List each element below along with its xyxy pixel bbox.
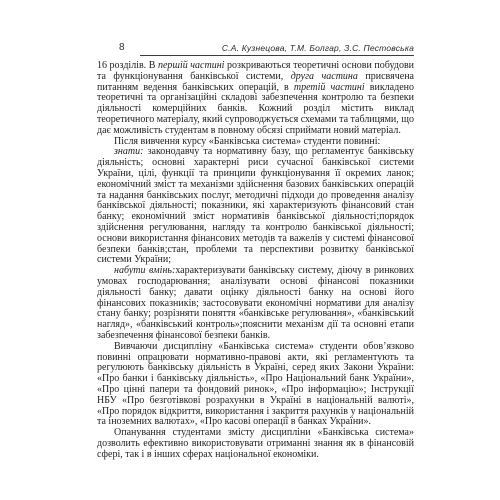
emphasized-text: третій частині	[294, 82, 365, 93]
text-segment: законодавчу та нормативну базу, що регла…	[97, 146, 414, 265]
running-head-authors: С.А. Кузнецова, Т.М. Болгар, З.С. Пестов…	[222, 43, 414, 53]
paragraph: Опанування студентами змісту дисципліни …	[97, 428, 414, 460]
page-header: 8 С.А. Кузнецова, Т.М. Болгар, З.С. Пест…	[97, 40, 414, 55]
page-number: 8	[119, 42, 125, 53]
book-page: 8 С.А. Кузнецова, Т.М. Болгар, З.С. Пест…	[0, 0, 500, 500]
paragraph: Вивчаючи дисципліну «Банківська система»…	[97, 342, 414, 428]
text-segment: Вивчаючи дисципліну «Банківська система»…	[97, 341, 414, 428]
header-rule	[140, 55, 414, 56]
emphasized-text: першій частині	[158, 60, 225, 71]
emphasized-text: набути вмінь:	[114, 265, 175, 276]
text-segment: Після вивчення курсу «Банківська система…	[114, 136, 380, 147]
text-segment: 16 розділів. В	[97, 60, 158, 71]
emphasized-text: знати:	[114, 146, 143, 157]
paragraph: 16 розділів. В першій частині розкривают…	[97, 61, 414, 137]
text-segment: Опанування студентами змісту дисципліни …	[97, 427, 414, 460]
paragraph: знати: законодавчу та нормативну базу, щ…	[97, 147, 414, 266]
emphasized-text: друга частина	[291, 71, 358, 82]
paragraph: набути вмінь:характеризувати банківську …	[97, 266, 414, 342]
text-segment: характеризувати банківську систему, діюч…	[97, 265, 414, 341]
body-text: 16 розділів. В першій частині розкривают…	[97, 61, 414, 460]
